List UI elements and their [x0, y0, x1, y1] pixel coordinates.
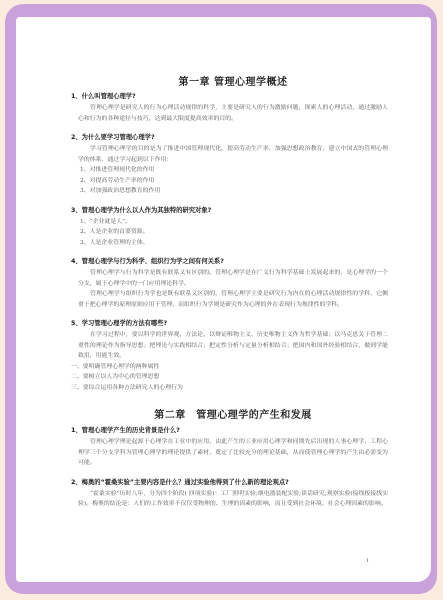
- section-question: 2、为什么要学习管理心理学?: [71, 133, 388, 143]
- chapter-1-section-3: 3、管理心理学为什么以人作为其独特的研究对象? 1、“企业就是人”。 2、人是企…: [78, 206, 388, 249]
- section-paragraph: 管理心理学与组织行为学也是既有联系又区别的。管理心理学主要是研究行为内在的心理活…: [78, 289, 388, 310]
- list-item: 1、“企业就是人”。: [80, 217, 388, 228]
- section-paragraph: “霍桑实验”历时八年，分为四个阶段( 四项实验)：工厂照明实验;继电器装配实验;…: [78, 489, 388, 510]
- list-item: 2、人是企业的首要资源。: [80, 227, 388, 238]
- chapter-1-section-5: 5、学习管理心理学的方法有哪些? 在学习过程中，要以科学的世界观、方法论，以辩证…: [78, 319, 388, 393]
- outline-item: 一、要明确管理心理学的两种属性: [71, 362, 388, 373]
- section-question: 2、梅奥的“霍桑实验”主要内容是什么？通过实验他得到了什么新的理论观点?: [71, 478, 388, 488]
- chapter-1-section-4: 4、管理心理学与行为科学、组织行为学之间有何关系? 管理心理学与行为科学是既有联…: [78, 257, 388, 310]
- outline-item: 二、要树立以人为中心的管理思想: [71, 372, 388, 383]
- section-question: 5、学习管理心理学的方法有哪些?: [71, 319, 388, 329]
- list-item: 3、对加强政治思想教育的作用: [80, 186, 388, 197]
- chapter-2-section-2: 2、梅奥的“霍桑实验”主要内容是什么？通过实验他得到了什么新的理论观点? “霍桑…: [78, 478, 388, 510]
- list-item: 3、人是企业管理的主体。: [80, 238, 388, 249]
- chapter-1-section-2: 2、为什么要学习管理心理学? 学习管理心理学的目的是为了推进中国管理现代化，提高…: [78, 133, 388, 197]
- outline-item: 三、要综合运用各种方法研究人的心理行为: [71, 383, 388, 394]
- section-paragraph: 学习管理心理学的目的是为了推进中国管理现代化，提高劳动生产率，加强思想政治教育，…: [78, 144, 388, 165]
- list-item: 1、对推进管理现代化的作用: [80, 165, 388, 176]
- list-item: 2、对提高劳动生产率的作用: [80, 176, 388, 187]
- section-paragraph: 在学习过程中，要以科学的世界观、方法论，以辩证唯物主义、历史唯物主义作为哲学基础…: [78, 330, 388, 362]
- chapter-2-section-1: 1、管理心理学产生的历史背景是什么? 管理心理学理论起源于心理学在工业中的应用，…: [78, 426, 388, 469]
- section-question: 3、管理心理学为什么以人作为其独特的研究对象?: [71, 206, 388, 216]
- chapter-1-title: 第一章 管理心理学概述: [78, 73, 388, 88]
- document-content: 第一章 管理心理学概述 1、什么叫管理心理学? 管理心理学是研究人的行为心理活动…: [78, 73, 388, 519]
- section-paragraph: 管理心理学与行为科学是既有联系又有区别的。管理心理学是在广义行为科学基础上发展起…: [78, 268, 388, 289]
- section-question: 1、什么叫管理心理学?: [71, 92, 388, 102]
- chapter-2-title: 第二章 管理心理学的产生和发展: [78, 406, 388, 421]
- section-paragraph: 管理心理学是研究人的行为心理活动规律的科学，主要是研究人的行为激励问题，探索人的…: [78, 103, 388, 124]
- section-question: 4、管理心理学与行为科学、组织行为学之间有何关系?: [71, 257, 388, 267]
- section-question: 1、管理心理学产生的历史背景是什么?: [71, 426, 388, 436]
- chapter-1-section-1: 1、什么叫管理心理学? 管理心理学是研究人的行为心理活动规律的科学，主要是研究人…: [78, 92, 388, 124]
- page-number: 1: [366, 558, 369, 564]
- section-paragraph: 管理心理学理论起源于心理学在工业中的应用，由此产生的工业应用心理学和同期先后出现…: [78, 437, 388, 469]
